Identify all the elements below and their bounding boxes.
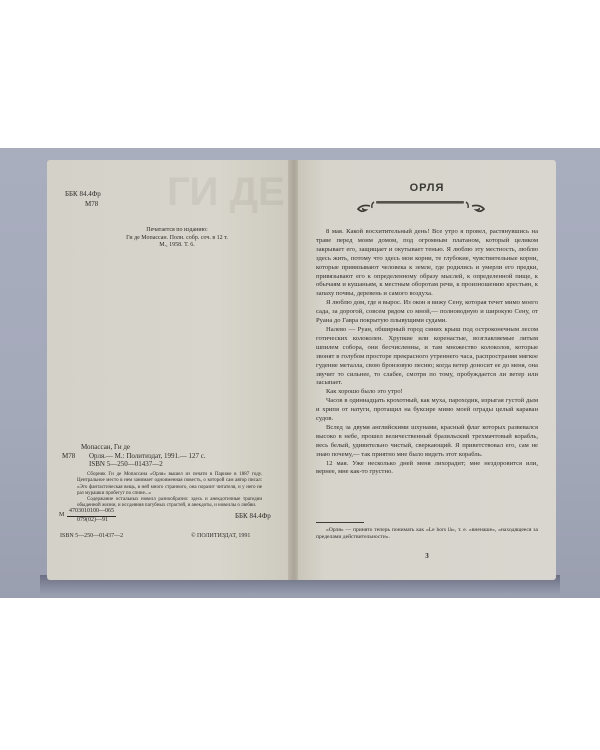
isbn-bottom: ISBN 5—250—01437—2 <box>60 532 123 540</box>
bbk-bottom: ББК 84.4Фр <box>235 512 271 520</box>
title-ornament-icon <box>346 194 496 216</box>
catalog-code: М78 <box>62 452 75 460</box>
code-top: М78 <box>85 200 98 208</box>
catalog-fraction: М 4703010100—065 079(02)—91 <box>67 508 116 524</box>
chapter-title: ОРЛЯ <box>298 182 556 194</box>
right-page: ОРЛЯ 8 мая. Какой восхитительный день! В… <box>298 160 556 580</box>
paragraph: Часов в одиннадцать крохотный, как муха,… <box>316 397 538 424</box>
annotation: Сборник Ги де Мопассана «Орля» вышел из … <box>77 472 262 510</box>
paragraph: Вслед за двумя английскими шхунами, крас… <box>316 424 538 460</box>
story-text: 8 мая. Какой восхитительный день! Все ут… <box>316 228 538 477</box>
author: Мопассан, Ги де <box>81 443 130 451</box>
bibliographic-line: Орля.— М.: Политиздат, 1991.— 127 с. <box>89 452 206 460</box>
paragraph: Налево — Руан, обширный город синих крыш… <box>316 326 538 388</box>
paragraph: 8 мая. Какой восхитительный день! Все ут… <box>316 228 538 299</box>
footnote: «Орля» — принято теперь понимать как «Le… <box>316 527 538 541</box>
edition-note: Печатается по изданию: Ги де Мопассан. П… <box>102 227 252 250</box>
left-page: ГИ ДЕ ББК 84.4Фр М78 Печатается по издан… <box>47 160 290 580</box>
bbk-top: ББК 84.4Фр <box>65 190 101 198</box>
paragraph: Как хорошо было это утро! <box>316 388 538 397</box>
paragraph: Я люблю дом, где я вырос. Из окон я вижу… <box>316 299 538 326</box>
footnote-divider <box>316 522 364 523</box>
isbn-line: ISBN 5—250—01437—2 <box>89 460 163 468</box>
show-through-text: ГИ ДЕ <box>167 170 285 215</box>
paragraph: 12 мая. Уже несколько дней меня лихоради… <box>316 460 538 478</box>
page-number: 3 <box>298 552 556 560</box>
copyright: © ПОЛИТИЗДАТ, 1991 <box>191 532 250 540</box>
